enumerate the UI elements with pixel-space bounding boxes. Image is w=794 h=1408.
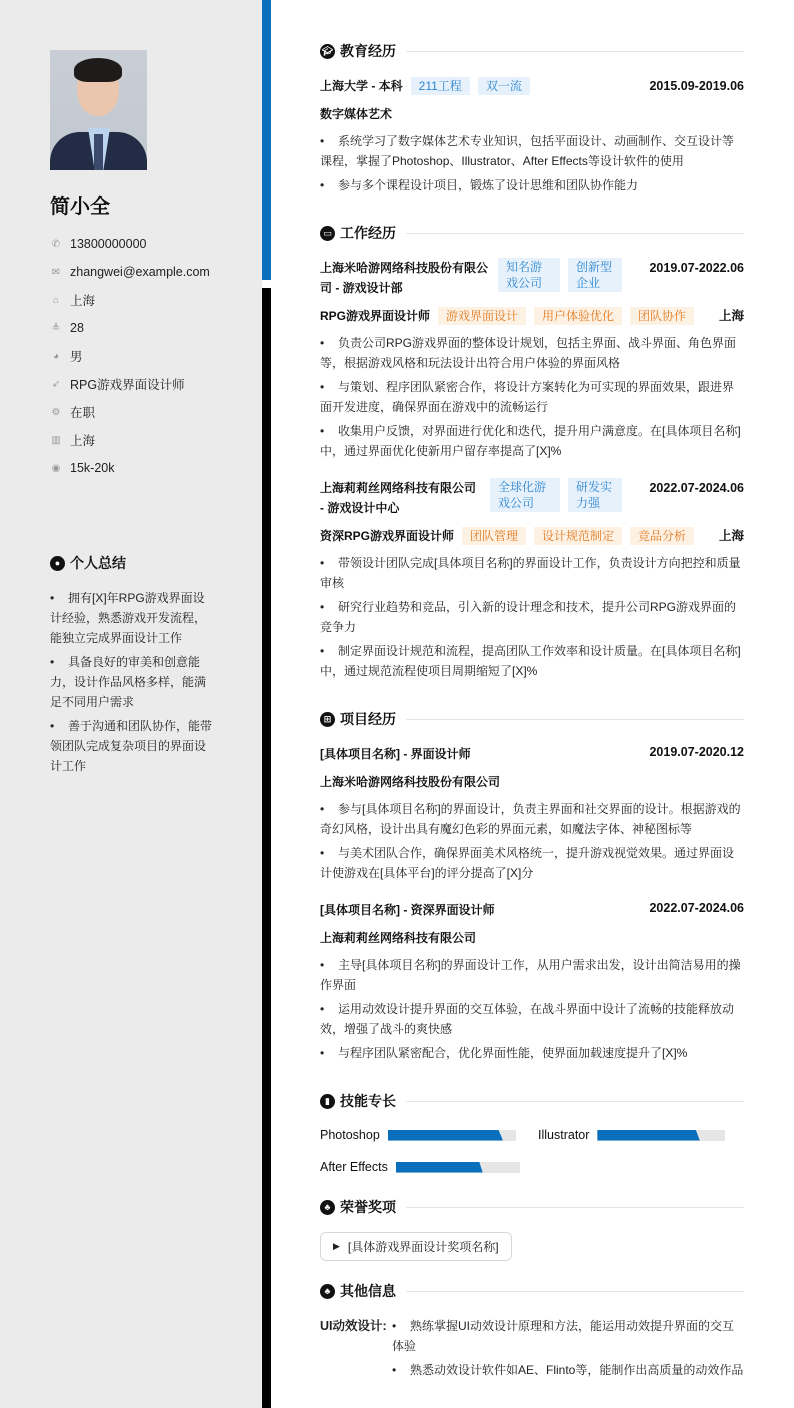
list-item: 与程序团队紧密配合，优化界面性能，使界面加载速度提升了[X]% <box>320 1043 744 1063</box>
graduation-cap-icon: 🎓︎ <box>320 44 335 59</box>
tag: 全球化游戏公司 <box>490 478 560 512</box>
tag: 创新型企业 <box>568 258 622 292</box>
project-header: [具体项目名称] - 资深界面设计师 2022.07-2024.06 <box>320 901 744 918</box>
company-name: 上海莉莉丝网络科技有限公司 - 游戏设计中心 <box>320 478 482 518</box>
info-city: ▥上海 <box>50 426 250 454</box>
cake-icon: ≜ <box>50 322 62 334</box>
education-list: 系统学习了数字媒体艺术专业知识，包括平面设计、动画制作、交互设计等课程，掌握了P… <box>320 131 744 199</box>
grid-icon: ⊞ <box>320 712 335 727</box>
avatar <box>50 50 147 170</box>
list-item: 带领设计团队完成[具体项目名称]的界面设计工作，负责设计方向把控和质量审核 <box>320 553 744 593</box>
skill-bar <box>597 1130 725 1141</box>
info-icon: ♣ <box>320 1284 335 1299</box>
job-city: 上海 <box>719 307 744 325</box>
section-work: ▭工作经历 <box>320 223 744 243</box>
tag: 双一流 <box>478 77 530 95</box>
tag: 设计规范制定 <box>534 527 622 545</box>
tag: 用户体验优化 <box>534 307 622 325</box>
info-salary: ◉15k-20k <box>50 454 250 482</box>
info-gender: ◕男 <box>50 342 250 370</box>
award-item[interactable]: ▶[具体游戏界面设计奖项名称] <box>320 1232 512 1261</box>
list-item: 熟练掌握UI动效设计原理和方法，能运用动效提升界面的交互体验 <box>392 1316 744 1356</box>
list-item: 与策划、程序团队紧密合作，将设计方案转化为可实现的界面效果，跟进界面开发进度，确… <box>320 377 744 417</box>
tag: 竞品分析 <box>630 527 694 545</box>
job-list: 负责公司RPG游戏界面的整体设计规划，包括主界面、战斗界面、角色界面等，根据游戏… <box>320 333 744 465</box>
skill-after-effects: After Effects <box>320 1160 520 1174</box>
list-item: 制定界面设计规范和流程，提高团队工作效率和设计质量。在[具体项目名称]中，通过规… <box>320 641 744 681</box>
profile-name: 简小全 <box>50 190 110 219</box>
contact-info: ✆13800000000 ✉zhangwei@example.com ⌂上海 ≜… <box>50 230 250 482</box>
list-item: 善于沟通和团队协作，能带领团队完成复杂项目的界面设计工作 <box>50 716 215 776</box>
info-phone: ✆13800000000 <box>50 230 250 258</box>
tag: 游戏界面设计 <box>438 307 526 325</box>
bar-chart-icon: ▮ <box>320 1094 335 1109</box>
list-item: 参与[具体项目名称]的界面设计，负责主界面和社交界面的设计。根据游戏的奇幻风格，… <box>320 799 744 839</box>
project-company: 上海莉莉丝网络科技有限公司 <box>320 929 476 946</box>
info-email[interactable]: ✉zhangwei@example.com <box>50 258 250 286</box>
list-item: 主导[具体项目名称]的界面设计工作，从用户需求出发，设计出简洁易用的操作界面 <box>320 955 744 995</box>
list-item: 收集用户反馈，对界面进行优化和迭代，提升用户满意度。在[具体项目名称]中，通过界… <box>320 421 744 461</box>
phone-icon: ✆ <box>50 238 62 250</box>
education-date: 2015.09-2019.06 <box>649 77 744 95</box>
list-item: 熟悉动效设计软件如AE、Flinto等，能制作出高质量的动效作品 <box>392 1360 744 1380</box>
section-projects: ⊞项目经历 <box>320 709 744 729</box>
project-date: 2019.07-2020.12 <box>649 745 744 759</box>
info-age: ≜28 <box>50 314 250 342</box>
job-header: 上海莉莉丝网络科技有限公司 - 游戏设计中心 全球化游戏公司 研发实力强 202… <box>320 478 744 518</box>
salary-icon: ◉ <box>50 462 62 474</box>
job-header: 上海米哈游网络科技股份有限公司 - 游戏设计部 知名游戏公司 创新型企业 201… <box>320 258 744 298</box>
user-icon: ● <box>50 556 65 571</box>
tag: 知名游戏公司 <box>498 258 560 292</box>
education-header: 上海大学 - 本科 211工程 双一流 2015.09-2019.06 <box>320 77 744 95</box>
skill-illustrator: Illustrator <box>538 1128 725 1142</box>
job-list: 带领设计团队完成[具体项目名称]的界面设计工作，负责设计方向把控和质量审核 研究… <box>320 553 744 685</box>
section-education: 🎓︎教育经历 <box>320 41 744 61</box>
other-info: UI动效设计: 熟练掌握UI动效设计原理和方法，能运用动效提升界面的交互体验 熟… <box>320 1316 744 1384</box>
skill-bar <box>396 1162 520 1173</box>
home-icon: ⌂ <box>50 294 62 306</box>
list-item: 研究行业趋势和竞品，引入新的设计理念和技术，提升公司RPG游戏界面的竞争力 <box>320 597 744 637</box>
summary-list: 拥有[X]年RPG游戏界面设计经验，熟悉游戏开发流程，能独立完成界面设计工作 具… <box>50 588 215 780</box>
briefcase-icon: ▭ <box>320 226 335 241</box>
project-company: 上海米哈游网络科技股份有限公司 <box>320 773 500 790</box>
list-item: 拥有[X]年RPG游戏界面设计经验，熟悉游戏开发流程，能独立完成界面设计工作 <box>50 588 215 648</box>
project-list: 主导[具体项目名称]的界面设计工作，从用户需求出发，设计出简洁易用的操作界面 运… <box>320 955 744 1067</box>
section-skills: ▮技能专长 <box>320 1091 744 1111</box>
job-city: 上海 <box>719 527 744 545</box>
section-other: ♣其他信息 <box>320 1281 744 1301</box>
info-status: ⚙在职 <box>50 398 250 426</box>
info-home: ⌂上海 <box>50 286 250 314</box>
section-awards: ♣荣誉奖项 <box>320 1197 744 1217</box>
send-icon: ➶ <box>50 378 62 390</box>
tag: 团队管理 <box>462 527 526 545</box>
list-item: 具备良好的审美和创意能力，设计作品风格多样，能满足不同用户需求 <box>50 652 215 712</box>
education-major: 数字媒体艺术 <box>320 105 392 122</box>
tag: 团队协作 <box>630 307 694 325</box>
divider-bar <box>262 288 271 1408</box>
summary-title: ●个人总结 <box>50 553 126 573</box>
info-position: ➶RPG游戏界面设计师 <box>50 370 250 398</box>
play-icon: ▶ <box>333 1241 340 1252</box>
project-list: 参与[具体项目名称]的界面设计，负责主界面和社交界面的设计。根据游戏的奇幻风格，… <box>320 799 744 887</box>
list-item: 与美术团队合作，确保界面美术风格统一，提升游戏视觉效果。通过界面设计使游戏在[具… <box>320 843 744 883</box>
role-row: RPG游戏界面设计师 游戏界面设计 用户体验优化 团队协作 上海 <box>320 307 744 325</box>
accent-bar <box>262 0 271 280</box>
list-item: 负责公司RPG游戏界面的整体设计规划，包括主界面、战斗界面、角色界面等，根据游戏… <box>320 333 744 373</box>
skill-bar <box>388 1130 516 1141</box>
list-item: 系统学习了数字媒体艺术专业知识，包括平面设计、动画制作、交互设计等课程，掌握了P… <box>320 131 744 171</box>
status-icon: ⚙ <box>50 406 62 418</box>
award-icon: ♣ <box>320 1200 335 1215</box>
job-date: 2022.07-2024.06 <box>649 478 744 498</box>
other-list: 熟练掌握UI动效设计原理和方法，能运用动效提升界面的交互体验 熟悉动效设计软件如… <box>392 1316 744 1384</box>
list-item: 运用动效设计提升界面的交互体验，在战斗界面中设计了流畅的技能释放动效，增强了战斗… <box>320 999 744 1039</box>
other-label: UI动效设计: <box>320 1316 392 1384</box>
job-date: 2019.07-2022.06 <box>649 258 744 278</box>
list-item: 参与多个课程设计项目，锻炼了设计思维和团队协作能力 <box>320 175 744 195</box>
role-row: 资深RPG游戏界面设计师 团队管理 设计规范制定 竞品分析 上海 <box>320 527 744 545</box>
project-date: 2022.07-2024.06 <box>649 901 744 915</box>
project-header: [具体项目名称] - 界面设计师 2019.07-2020.12 <box>320 745 744 762</box>
tag: 211工程 <box>411 77 470 95</box>
skill-photoshop: Photoshop <box>320 1128 516 1142</box>
mail-icon: ✉ <box>50 266 62 278</box>
building-icon: ▥ <box>50 434 62 446</box>
tag: 研发实力强 <box>568 478 622 512</box>
company-name: 上海米哈游网络科技股份有限公司 - 游戏设计部 <box>320 258 490 298</box>
gender-icon: ◕ <box>50 350 62 362</box>
